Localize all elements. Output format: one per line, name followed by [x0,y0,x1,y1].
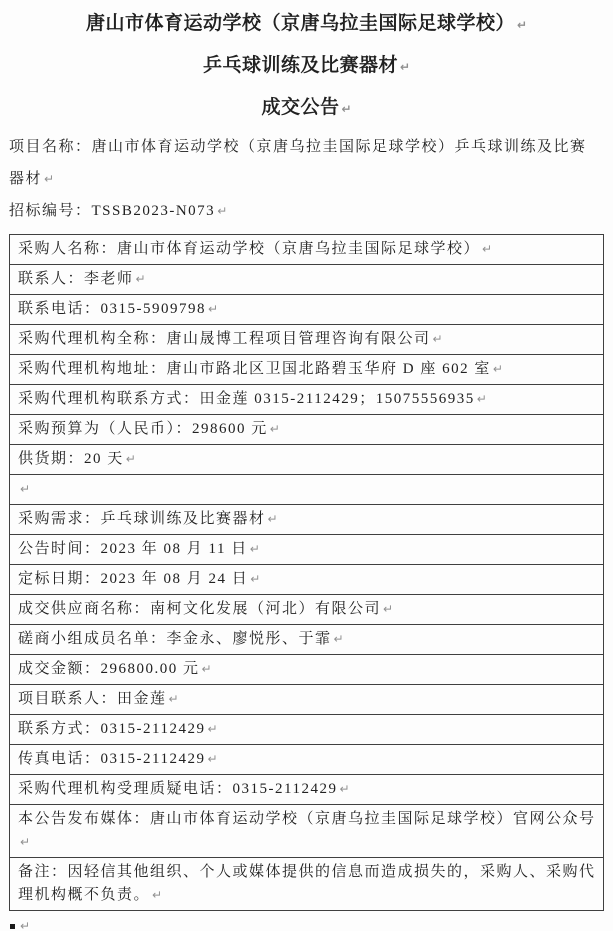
title-text: 乒乓球训练及比赛器材 [203,55,398,76]
pilcrow-mark: ↵ [517,18,527,32]
table-row-award-amount: 成交金额：296800.00 元↵ [10,654,603,684]
table-row-winning-supplier: 成交供应商名称：南柯文化发展（河北）有限公司↵ [10,594,603,624]
pilcrow-mark: ↵ [152,888,162,902]
table-row-fax: 传真电话：0315-2112429↵ [10,744,603,774]
table-row-budget: 采购预算为（人民币）：298600 元↵ [10,414,603,444]
pilcrow-mark: ↵ [482,242,492,256]
tender-number-paragraph: 招标编号：TSSB2023-N073↵ [9,195,601,227]
table-row-publish-media: 本公告发布媒体：唐山市体育运动学校（京唐乌拉圭国际足球学校）官网公众号↵ [10,804,603,857]
cell-text: 采购代理机构联系方式：田金莲 0315-2112429；15075556935 [18,391,475,407]
pilcrow-mark: ↵ [207,722,217,736]
cell-text: 采购需求：乒乓球训练及比赛器材 [18,511,266,527]
cell-text: 成交供应商名称：南柯文化发展（河北）有限公司 [18,601,381,617]
table-row-agency-name: 采购代理机构全称：唐山晟博工程项目管理咨询有限公司↵ [10,324,603,354]
cell-text: 联系电话：0315-5909798 [18,301,206,317]
pilcrow-mark: ↵ [250,542,260,556]
cell-text: 备注：因轻信其他组织、个人或媒体提供的信息而造成损失的，采购人、采购代理机构概不… [18,864,596,903]
pilcrow-mark: ↵ [268,512,278,526]
pilcrow-mark: ↵ [20,919,30,931]
pilcrow-mark: ↵ [400,60,410,74]
cell-text: 项目联系人：田金莲 [18,691,167,707]
table-row-project-contact: 项目联系人：田金莲↵ [10,684,603,714]
table-row-negotiation-team: 磋商小组成员名单：李金永、廖悦彤、于霏↵ [10,624,603,654]
pilcrow-mark: ↵ [433,332,443,346]
cell-text: 磋商小组成员名单：李金永、廖悦彤、于霏 [18,631,332,647]
document-page: 唐山市体育运动学校（京唐乌拉圭国际足球学校）↵ 乒乓球训练及比赛器材↵ 成交公告… [0,0,613,931]
pilcrow-mark: ↵ [169,692,179,706]
paragraph-text: 招标编号：TSSB2023-N073 [9,203,215,219]
table-row-inquiry-phone: 采购代理机构受理质疑电话：0315-2112429↵ [10,774,603,804]
end-marker-square-icon [10,924,15,929]
pilcrow-mark: ↵ [250,572,260,586]
pilcrow-mark: ↵ [126,452,136,466]
cell-text: 本公告发布媒体：唐山市体育运动学校（京唐乌拉圭国际足球学校）官网公众号 [18,811,596,827]
cell-text: 采购代理机构受理质疑电话：0315-2112429 [18,781,337,797]
cell-text: 传真电话：0315-2112429 [18,751,205,767]
pilcrow-mark: ↵ [20,482,30,496]
cell-text: 供货期：20 天 [18,451,124,467]
document-end-line: ↵ [10,919,613,931]
cell-text: 联系方式：0315-2112429 [18,721,205,737]
paragraph-text: 项目名称：唐山市体育运动学校（京唐乌拉圭国际足球学校）乒乓球训练及比赛器材 [9,139,587,187]
table-row-award-date: 定标日期：2023 年 08 月 24 日↵ [10,564,603,594]
cell-text: 采购预算为（人民币）：298600 元 [18,421,268,437]
pilcrow-mark: ↵ [44,172,54,186]
project-name-paragraph: 项目名称：唐山市体育运动学校（京唐乌拉圭国际足球学校）乒乓球训练及比赛器材↵ [9,131,601,195]
table-row-remarks: 备注：因轻信其他组织、个人或媒体提供的信息而造成损失的，采购人、采购代理机构概不… [10,857,603,910]
pilcrow-mark: ↵ [217,204,227,218]
cell-text: 成交金额：296800.00 元 [18,661,200,677]
pilcrow-mark: ↵ [383,602,393,616]
pilcrow-mark: ↵ [208,302,218,316]
title-text: 成交公告 [261,97,339,118]
pilcrow-mark: ↵ [493,362,503,376]
table-row-delivery-period: 供货期：20 天↵ [10,444,603,474]
pilcrow-mark: ↵ [270,422,280,436]
table-row-contact-person: 联系人：李老师↵ [10,264,603,294]
title-text: 唐山市体育运动学校（京唐乌拉圭国际足球学校） [86,13,515,34]
cell-text: 采购人名称：唐山市体育运动学校（京唐乌拉圭国际足球学校） [18,241,480,257]
doc-title-line-3: 成交公告↵ [0,79,613,121]
table-row-agency-contact: 采购代理机构联系方式：田金莲 0315-2112429；15075556935↵ [10,384,603,414]
cell-text: 采购代理机构地址：唐山市路北区卫国北路碧玉华府 D 座 602 室 [18,361,491,377]
table-row-contact-phone: 联系电话：0315-5909798↵ [10,294,603,324]
pilcrow-mark: ↵ [207,752,217,766]
table-row-contact-method: 联系方式：0315-2112429↵ [10,714,603,744]
cell-text: 联系人：李老师 [18,271,134,287]
cell-text: 定标日期：2023 年 08 月 24 日 [18,571,248,587]
table-row-announcement-date: 公告时间：2023 年 08 月 11 日↵ [10,534,603,564]
doc-title-line-1: 唐山市体育运动学校（京唐乌拉圭国际足球学校）↵ [0,0,613,37]
pilcrow-mark: ↵ [136,272,146,286]
pilcrow-mark: ↵ [20,835,30,849]
table-row-agency-address: 采购代理机构地址：唐山市路北区卫国北路碧玉华府 D 座 602 室↵ [10,354,603,384]
table-row-empty: ↵ [10,474,603,504]
announcement-table: 采购人名称：唐山市体育运动学校（京唐乌拉圭国际足球学校）↵ 联系人：李老师↵ 联… [9,234,604,911]
table-row-procurement-demand: 采购需求：乒乓球训练及比赛器材↵ [10,504,603,534]
pilcrow-mark: ↵ [334,632,344,646]
pilcrow-mark: ↵ [341,102,351,116]
cell-text: 采购代理机构全称：唐山晟博工程项目管理咨询有限公司 [18,331,431,347]
pilcrow-mark: ↵ [477,392,487,406]
cell-text: 公告时间：2023 年 08 月 11 日 [18,541,248,557]
doc-title-line-2: 乒乓球训练及比赛器材↵ [0,37,613,79]
pilcrow-mark: ↵ [339,782,349,796]
pilcrow-mark: ↵ [202,662,212,676]
table-row-purchaser-name: 采购人名称：唐山市体育运动学校（京唐乌拉圭国际足球学校）↵ [10,235,603,264]
